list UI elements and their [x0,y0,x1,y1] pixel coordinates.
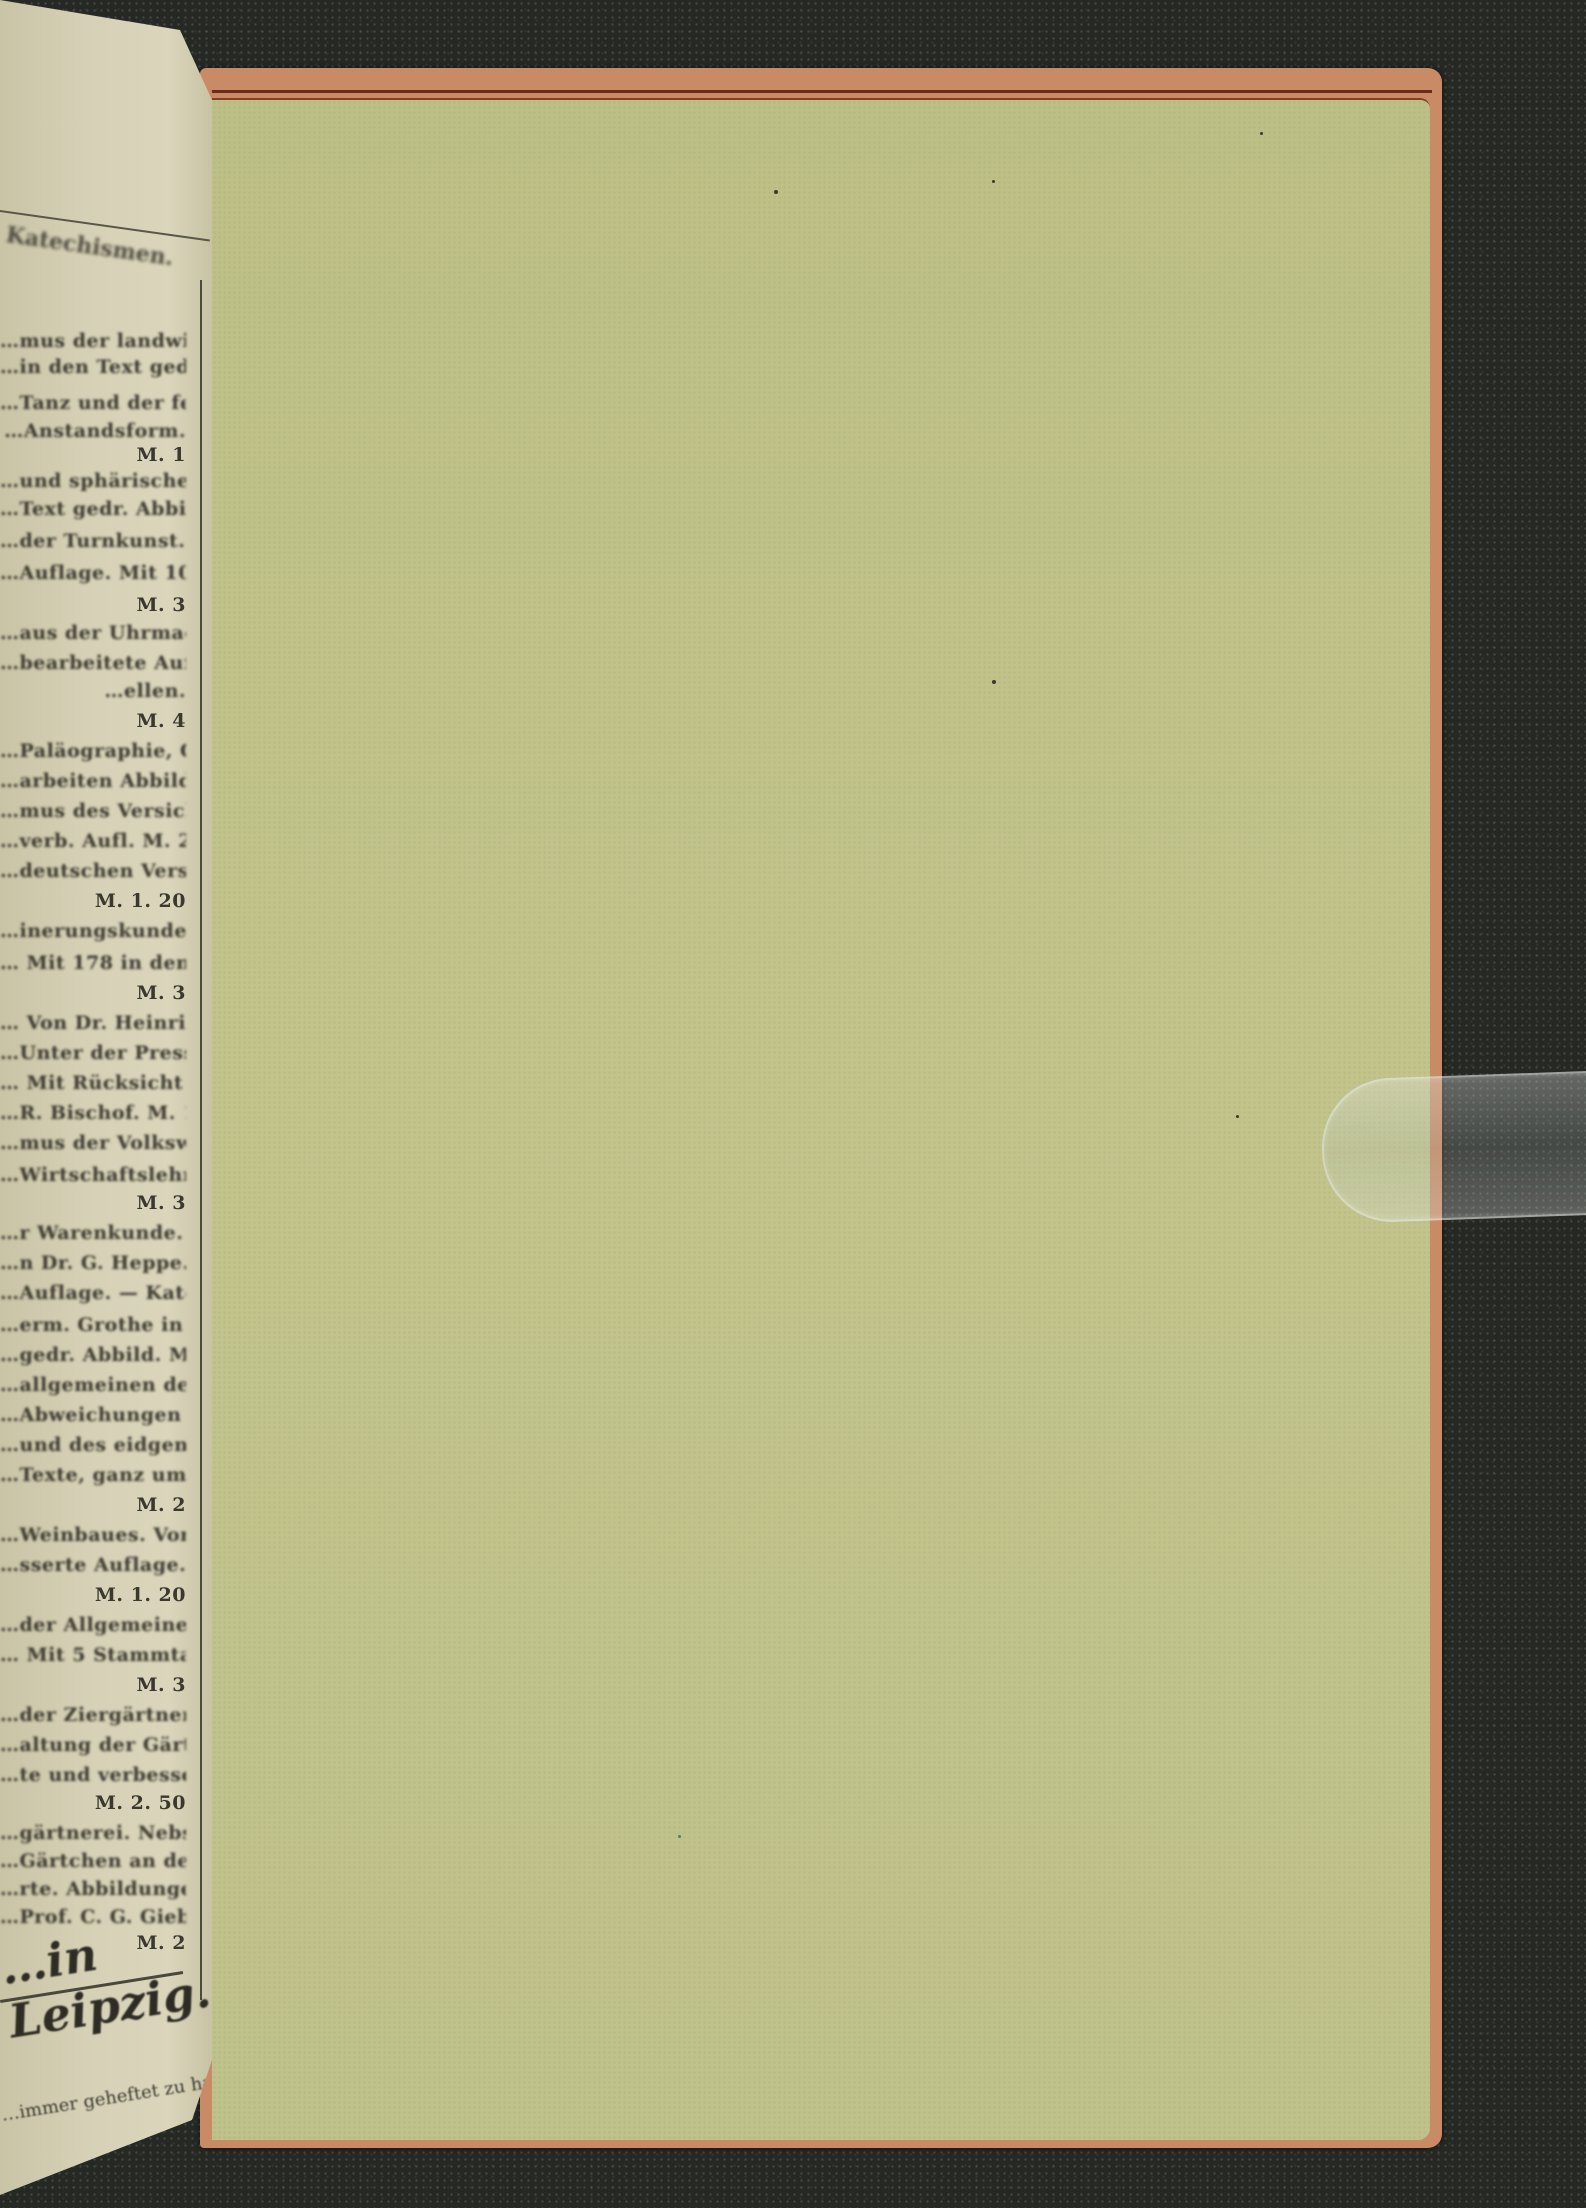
advert-line: …in den Text gedr. Abbild. M. 1. 50 [0,356,186,378]
advert-line: M. 4 [0,710,186,732]
advert-line: M. 1 [0,444,186,466]
advert-line: …Anstandsform. [0,420,186,442]
advert-line: …gedr. Abbild. M. 2 [0,1344,186,1366]
advert-line: …der Ziergärtnerei, oder [0,1704,186,1726]
imprint-leipzig: …in Leipzig. [0,1909,219,2048]
advert-line: M. 3 [0,982,186,1004]
advert-line: …mus der Volkswirt- [0,1132,186,1154]
paper-speck [992,180,995,183]
paper-speck [1260,132,1263,135]
advert-line: …Abweichungen und Zusätze [0,1404,186,1426]
advert-line: …ellen. [0,680,186,702]
advert-line: …Auflage. — Katechismus [0,1282,186,1304]
advert-line: …erm. Grothe in Berlin. [0,1314,186,1336]
advert-line: M. 3 [0,594,186,616]
advert-line: … Von Dr. Heinrich [0,1012,186,1034]
advert-line: M. 3 [0,1192,186,1214]
advert-line: …n Dr. G. Heppe. M. 3 [0,1252,186,1274]
advert-line: …Tanz und der feinen Sitte, [0,392,186,414]
advert-line: …mus der landwirtschaftlichen [0,330,186,352]
advert-line: …Text gedr. Abbild. M. 1. 50 [0,498,186,520]
green-endpaper-page [212,98,1430,2140]
advert-line: … Mit Rücksicht auf die [0,1072,186,1094]
advert-line: …Paläographie, Chrono- [0,740,186,762]
advert-line: …und sphärischen Trigono- [0,470,186,492]
cover-inner-line [212,90,1432,93]
advert-line: …und des eidgenössischen [0,1434,186,1456]
paper-speck [774,190,778,194]
advert-line: M. 3 [0,1674,186,1696]
section-heading: Katechismen. [4,222,175,271]
advert-line: …Wirtschaftslehre. Von [0,1164,186,1186]
advert-line: …rte. Abbildungen. M. 2 [0,1878,186,1900]
left-printed-page: Katechismen. …mus der landwirtschaftlich… [0,0,212,2195]
advert-line: … Mit 5 Stammtafeln und [0,1644,186,1666]
advert-line: …aus der Uhrmacherkunst. [0,622,186,644]
advert-line: …Unter der Presse. [0,1042,186,1064]
advert-line: …sserte Auflage. Mit 38 in [0,1554,186,1576]
advert-line: …r Warenkunde. Von [0,1222,186,1244]
advert-line: …Weinbaues. Von Fr. [0,1524,186,1546]
advert-line: …Gärtchen an den Wohn- [0,1850,186,1872]
advert-line: …der Turnkunst. Von Dr. [0,530,186,552]
advert-line: …te und verbesserte Auflage. [0,1764,186,1786]
advert-line: …der Allgemeinen Welt- [0,1614,186,1636]
advert-line: …mus des Versicherungs- [0,800,186,822]
advert-line: …R. Bischof. M. 1. 20 [0,1102,186,1124]
advert-line: …arbeiten Abbildungen. M. 4 [0,770,186,792]
advert-line: …verb. Aufl. M. 2. 40 [0,830,186,852]
frame-rule-right [200,280,202,2000]
transparent-page-clip[interactable] [1320,1070,1586,1225]
advert-line: M. 2. 50 [0,1792,186,1814]
advert-line: …Auflage. Mit 100 in den Text [0,562,186,584]
advert-line: …altung der Gärten, so wie [0,1734,186,1756]
advert-line: …bearbeitete Auflage. Mit [0,652,186,674]
paper-speck [678,1835,681,1838]
advert-line: …Texte, ganz umgearbeitete [0,1464,186,1486]
advert-line: …inerungskunde (Petre- [0,920,186,942]
advert-line: M. 1. 20 [0,1584,186,1606]
paper-speck [992,680,996,684]
advert-line: M. 1. 20 [0,890,186,912]
advert-line: …allgemeinen deutschen [0,1374,186,1396]
advert-line: …deutschen Verskunst. [0,860,186,882]
advert-line: M. 2 [0,1494,186,1516]
advert-line: … Mit 178 in den Text [0,952,186,974]
advert-line: …gärtnerei. Nebst einem [0,1822,186,1844]
paper-speck [1236,1115,1239,1118]
